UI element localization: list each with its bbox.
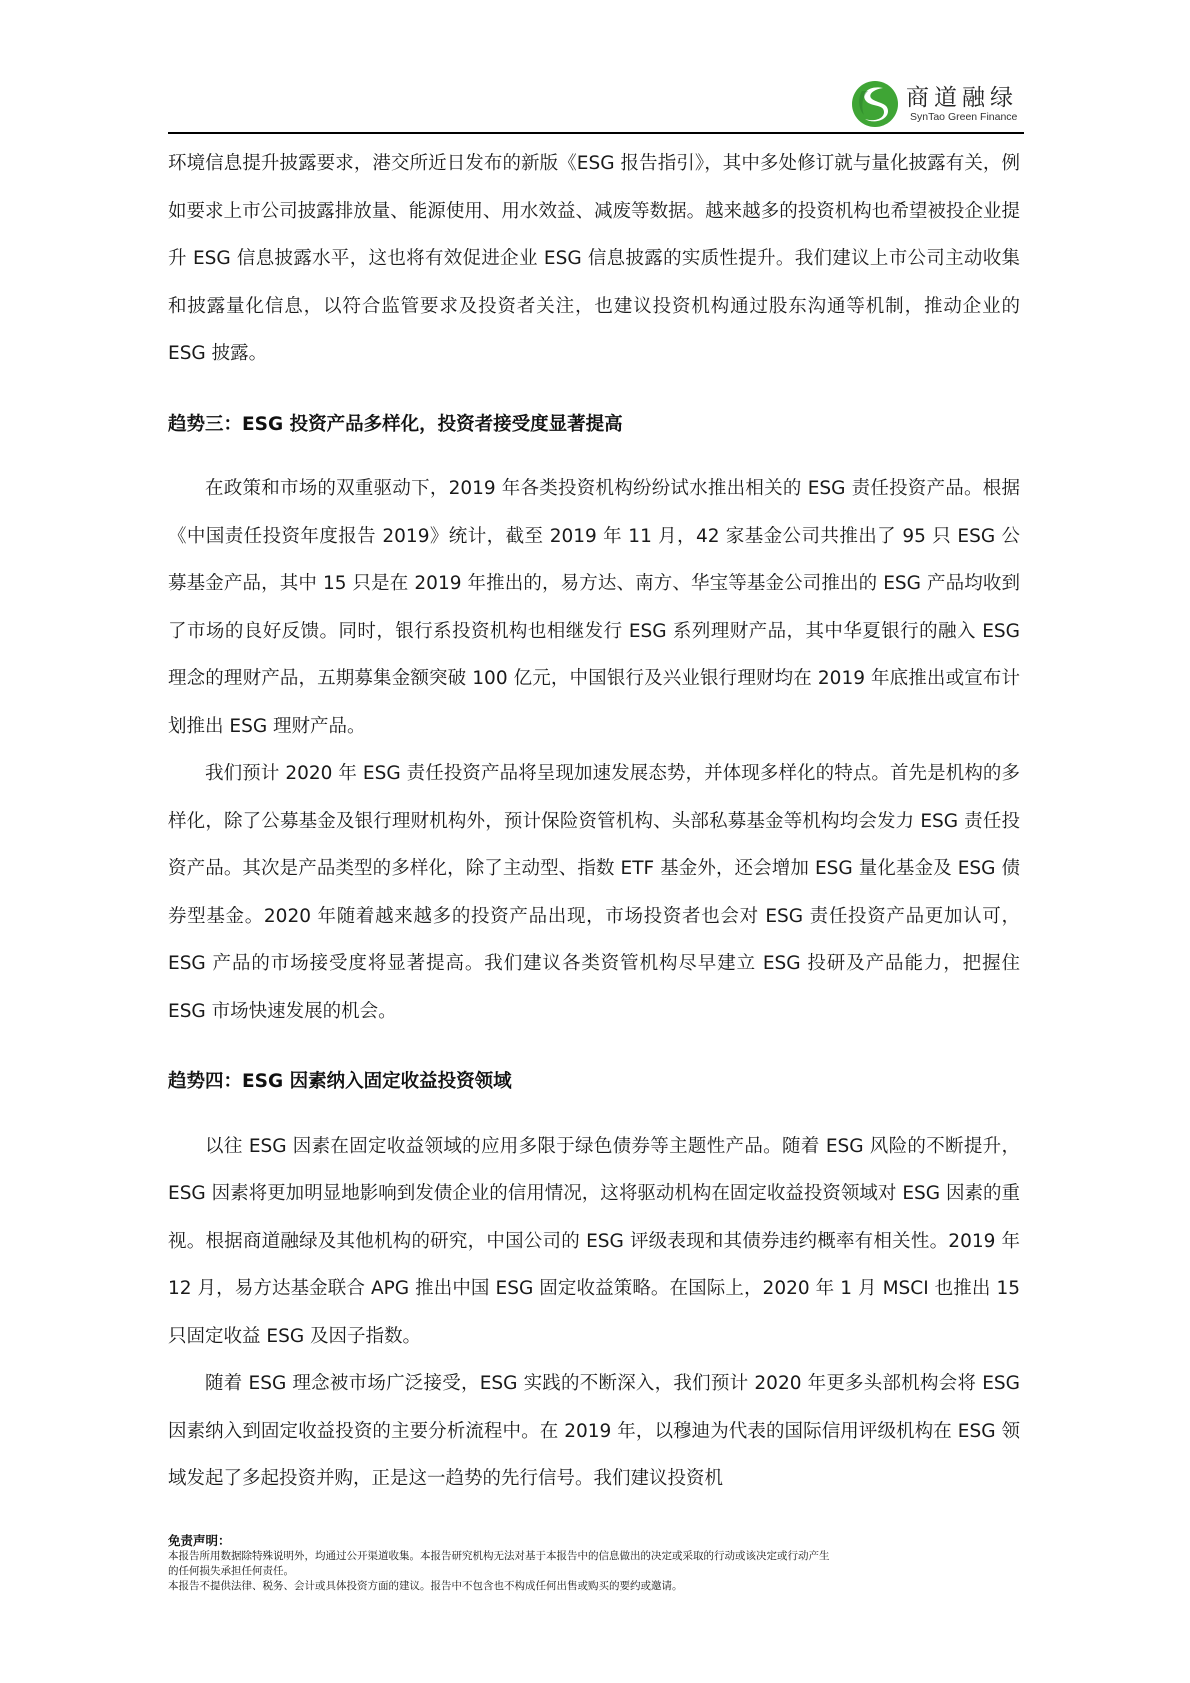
spacer xyxy=(168,1035,1020,1058)
disclaimer-line: 本报告不提供法律、税务、会计或具体投资方面的建议。报告中不包含也不构成任何出售或… xyxy=(168,1579,1028,1594)
section-heading-trend-4: 趋势四：ESG 因素纳入固定收益投资领域 xyxy=(168,1058,1020,1106)
paragraph-products-2020: 我们预计 2020 年 ESG 责任投资产品将呈现加速发展态势，并体现多样化的特… xyxy=(168,750,1020,1035)
disclaimer-footer: 免责声明： 本报告所用数据除特殊说明外，均通过公开渠道收集。本报告研究机构无法对… xyxy=(168,1532,1028,1594)
paragraph-products-2019: 在政策和市场的双重驱动下，2019 年各类投资机构纷纷试水推出相关的 ESG 责… xyxy=(168,465,1020,750)
header-divider xyxy=(168,132,1024,134)
spacer xyxy=(168,448,1020,465)
logo-name-cn: 商道融绿 xyxy=(906,85,1018,111)
spacer xyxy=(168,378,1020,401)
logo-text: 商道融绿 SynTao Green Finance xyxy=(906,85,1018,124)
paragraph-fixed-income-outlook: 随着 ESG 理念被市场广泛接受，ESG 实践的不断深入，我们预计 2020 年… xyxy=(168,1360,1020,1503)
disclaimer-line: 本报告所用数据除特殊说明外，均通过公开渠道收集。本报告研究机构无法对基于本报告中… xyxy=(168,1549,1028,1564)
page-header: 商道融绿 SynTao Green Finance xyxy=(168,70,1024,134)
disclaimer-title: 免责声明： xyxy=(168,1532,1028,1549)
syntao-logo: 商道融绿 SynTao Green Finance xyxy=(850,78,1018,130)
section-heading-trend-3: 趋势三：ESG 投资产品多样化，投资者接受度显著提高 xyxy=(168,401,1020,449)
syntao-s-leaf-logo-icon xyxy=(850,79,900,129)
document-body: 环境信息提升披露要求，港交所近日发布的新版《ESG 报告指引》，其中多处修订就与… xyxy=(168,140,1020,1503)
disclaimer-line: 的任何损失承担任何责任。 xyxy=(168,1564,1028,1579)
paragraph-disclosure: 环境信息提升披露要求，港交所近日发布的新版《ESG 报告指引》，其中多处修订就与… xyxy=(168,140,1020,378)
paragraph-fixed-income: 以往 ESG 因素在固定收益领域的应用多限于绿色债券等主题性产品。随着 ESG … xyxy=(168,1123,1020,1361)
spacer xyxy=(168,1106,1020,1123)
logo-name-en: SynTao Green Finance xyxy=(910,111,1017,124)
